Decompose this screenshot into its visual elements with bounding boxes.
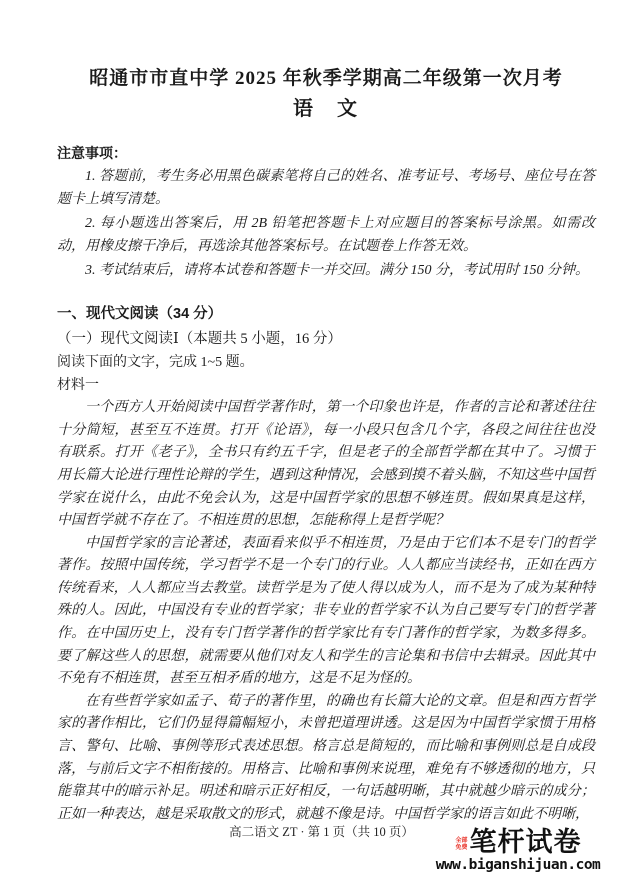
notice-heading: 注意事项： bbox=[57, 142, 595, 165]
exam-title: 昭通市市直中学 2025 年秋季学期高二年级第一次月考 bbox=[57, 66, 595, 92]
material-one-label: 材料一 bbox=[57, 374, 595, 397]
reading-instruction: 阅读下面的文字，完成 1~5 题。 bbox=[57, 351, 595, 374]
material-paragraph-2: 中国哲学家的言论著述，表面看来似乎不相连贯，乃是由于它们本不是专门的哲学著作。按… bbox=[57, 533, 595, 691]
notice-item-3: 3. 考试结束后，请将本试卷和答题卡一并交回。满分 150 分，考试用时 150… bbox=[57, 259, 595, 283]
material-paragraph-3: 在有些哲学家如孟子、荀子的著作里，的确也有长篇大论的文章。但是和西方哲学家的著作… bbox=[57, 691, 595, 827]
section-one-subheading: （一）现代文阅读Ⅰ（本题共 5 小题，16 分） bbox=[57, 327, 595, 351]
section-one-heading: 一、现代文阅读（34 分） bbox=[57, 302, 595, 326]
watermark-brand: 笔杆试卷 bbox=[470, 828, 582, 856]
notice-item-2: 2. 每小题选出答案后，用 2B 铅笔把答题卡上对应题目的答案标号涂黑。如需改动… bbox=[57, 212, 595, 259]
watermark: 全部免费 笔杆试卷 www.biganshijuan.com bbox=[433, 828, 603, 873]
exam-paper-page: 昭通市市直中学 2025 年秋季学期高二年级第一次月考 语 文 注意事项： 1.… bbox=[0, 0, 643, 890]
notice-section: 注意事项： 1. 答题前，考生务必用黑色碳素笔将自己的姓名、准考证号、考场号、座… bbox=[57, 142, 595, 283]
watermark-brand-row: 全部免费 笔杆试卷 bbox=[433, 828, 603, 856]
notice-item-1: 1. 答题前，考生务必用黑色碳素笔将自己的姓名、准考证号、考场号、座位号在答题卡… bbox=[57, 165, 595, 212]
watermark-url: www.biganshijuan.com bbox=[433, 857, 603, 873]
subject-title: 语 文 bbox=[57, 96, 595, 122]
watermark-tagline: 全部免费 bbox=[455, 838, 469, 852]
exam-content: 昭通市市直中学 2025 年秋季学期高二年级第一次月考 语 文 注意事项： 1.… bbox=[57, 66, 595, 826]
material-paragraph-1: 一个西方人开始阅读中国哲学著作时，第一个印象也许是，作者的言论和著述往往十分简短… bbox=[57, 397, 595, 533]
